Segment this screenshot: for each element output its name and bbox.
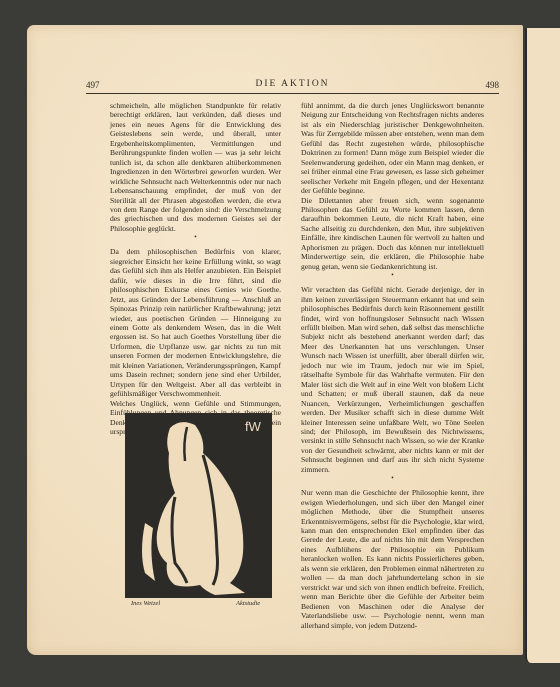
adjacent-page-edge bbox=[525, 28, 560, 663]
artist-monogram: fW bbox=[245, 419, 262, 434]
section-divider: • bbox=[110, 234, 281, 241]
paragraph: Die Dilettanten aber freuen sich, wenn s… bbox=[301, 196, 484, 272]
journal-title: DIE AKTION bbox=[86, 79, 499, 89]
illustration-title: Aktstudie bbox=[236, 600, 260, 607]
paragraph: Da dem philosophischen Bedürfnis von kla… bbox=[110, 247, 281, 398]
left-column: schmeicheln, alle möglichen Standpunkte … bbox=[110, 101, 281, 436]
paragraph: Nur wenn man die Geschichte der Philosop… bbox=[301, 488, 484, 630]
section-divider: • bbox=[301, 475, 484, 482]
paragraph: Wir verachten das Gefühl nicht. Gerade d… bbox=[301, 285, 484, 474]
section-divider: • bbox=[301, 272, 484, 279]
paragraph: schmeicheln, alle möglichen Standpunkte … bbox=[110, 101, 281, 233]
right-column: fühl annimmt, da die durch jenes Unglück… bbox=[301, 101, 484, 630]
illustration-artist: Ines Wetzel bbox=[131, 600, 160, 607]
woodcut-illustration: fW bbox=[125, 413, 272, 598]
running-header: 497 DIE AKTION 498 bbox=[86, 79, 499, 94]
page-number-right: 498 bbox=[486, 80, 500, 90]
paragraph: fühl annimmt, da die durch jenes Unglück… bbox=[301, 101, 484, 196]
